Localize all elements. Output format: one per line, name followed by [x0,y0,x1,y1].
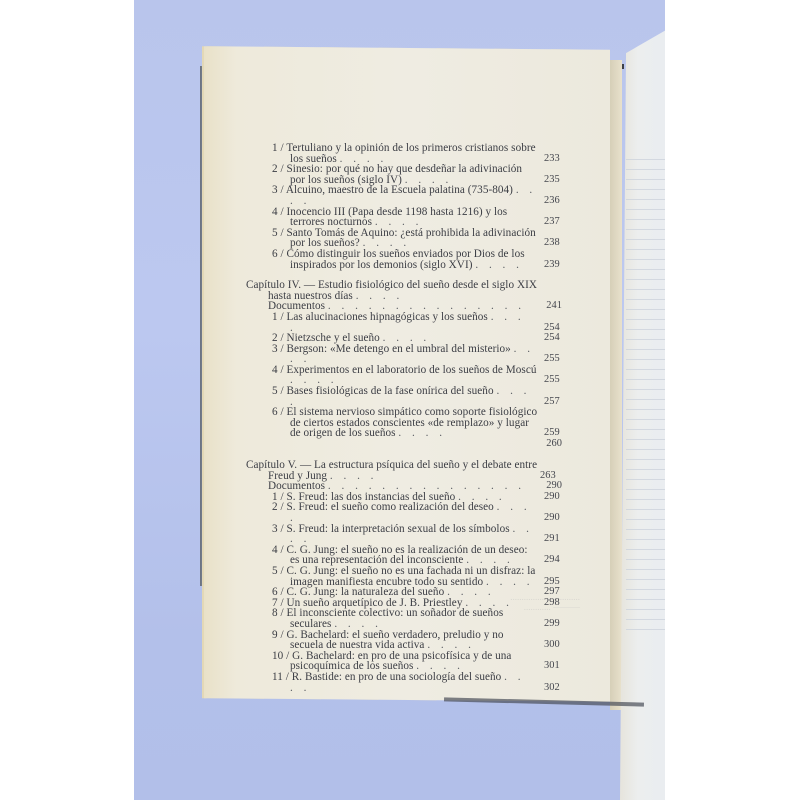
dot-leader: . . . . [398,427,446,439]
entry-number: 6 / [272,249,284,260]
entry-title: El inconsciente colectivo: un soñador de… [287,607,504,630]
entry-title: Alcuino, maestro de la Escuela palatina … [286,184,513,196]
toc-entry: 6 / Cómo distinguir los sueños enviados … [246,249,562,270]
toc-entry: 4 / Experimentos en el laboratorio de lo… [246,365,562,386]
entry-title: R. Bastide: en pro de una sociología del… [292,671,502,683]
entry-number: 2 / [272,164,284,175]
toc-entry: 3 / S. Freud: la interpretación sexual d… [246,524,562,545]
toc-entry: 2 / Sinesio: por qué no hay que desdeñar… [246,164,562,185]
page-number: 241 [546,301,562,312]
entry-number: 3 / [272,524,284,535]
entry-number: 3 / [272,185,284,196]
entry-title: Bases fisiológicas de la fase onírica de… [287,385,494,397]
entry-number: 4 / [272,365,284,376]
entry-number: 6 / [272,407,284,418]
chapter-end-entry: 260 [246,439,562,450]
entry-title: Las alucinaciones hipnagógicas y los sue… [287,311,488,323]
toc-entry: 4 / C. G. Jung: el sueño no es la realiz… [246,545,562,566]
entry-number: 5 / [272,566,284,577]
toc-entry: 3 / Bergson: «Me detengo en el umbral de… [246,344,562,365]
entry-number: 8 / [272,608,284,619]
entry-number: 1 / [272,143,284,154]
entry-title: G. Bachelard: en pro de una psicofísica … [290,650,511,673]
dot-leader: . . . . [475,259,523,271]
chapter-title: Capítulo V. — La estructura psíquica del… [246,459,537,482]
entry-title: S. Freud: el sueño como realización del … [287,501,494,513]
entry-number: 2 / [272,502,284,513]
entry-number: 9 / [272,630,284,641]
entry-title: Bergson: «Me detengo en el umbral del mi… [287,343,511,355]
toc-entry: 5 / C. G. Jung: el sueño no es una facha… [246,566,562,587]
entry-title: Tertuliano y la opinión de los primeros … [286,142,535,165]
toc-entry: 9 / G. Bachelard: el sueño verdadero, pr… [246,630,562,651]
entry-title: Santo Tomás de Aquino: ¿está prohibida l… [287,227,536,250]
chapter-heading: Capítulo V. — La estructura psíquica del… [246,460,562,481]
toc-entry: 4 / Inocencio III (Papa desde 1198 hasta… [246,207,562,228]
entry-number: 5 / [272,386,284,397]
toc-entry: 6 / El sistema nervioso simpático como s… [246,407,562,439]
toc-entry: 5 / Santo Tomás de Aquino: ¿está prohibi… [246,228,562,249]
chapter-heading: Capítulo IV. — Estudio fisiológico del s… [246,280,562,301]
entry-title: S. Freud: la interpretación sexual de lo… [287,523,510,535]
entry-number: 11 / [272,672,289,683]
table-of-contents: 1 / Tertuliano y la opinión de los prime… [246,143,562,693]
page-number: 260 [546,439,562,450]
toc-entry: 1 / Las alucinaciones hipnagógicas y los… [246,312,562,333]
entry-number: 4 / [272,545,284,556]
book-gutter [610,60,622,710]
toc-entry: 1 / Tertuliano y la opinión de los prime… [246,143,562,164]
toc-entry: 10 / G. Bachelard: en pro de una psicofí… [246,651,562,672]
entry-number: 10 / [272,651,289,662]
entry-number: 5 / [272,228,284,239]
right-page-index-lines [626,150,665,630]
toc-entry: 11 / R. Bastide: en pro de una sociologí… [246,672,562,693]
entry-number: 1 / [272,312,284,323]
toc-entry: 3 / Alcuino, maestro de la Escuela palat… [246,185,562,206]
toc-entry: 2 / S. Freud: el sueño como realización … [246,502,562,523]
entry-number: 3 / [272,344,284,355]
toc-entry: 5 / Bases fisiológicas de la fase oníric… [246,386,562,407]
entry-number: 4 / [272,207,284,218]
toc-entry: 8 / El inconsciente colectivo: un soñado… [246,608,562,629]
